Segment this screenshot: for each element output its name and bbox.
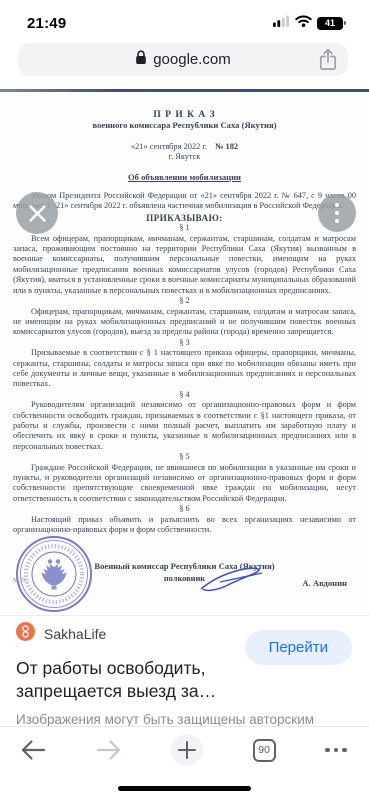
wifi-icon bbox=[295, 14, 312, 32]
back-button[interactable] bbox=[20, 738, 46, 762]
dot bbox=[335, 211, 340, 216]
section-marker: § 1 bbox=[13, 223, 356, 233]
section-marker: § 6 bbox=[13, 504, 356, 514]
doc-date: «21» сентября 2022 г. bbox=[131, 142, 207, 151]
menu-button[interactable] bbox=[325, 748, 347, 753]
dot bbox=[342, 748, 347, 753]
scanned-order-document: П Р И К А З военного комиссара Республик… bbox=[0, 102, 369, 572]
image-viewer: П Р И К А З военного комиссара Республик… bbox=[0, 88, 369, 616]
close-button[interactable] bbox=[16, 192, 58, 234]
section-marker: § 2 bbox=[13, 296, 356, 306]
dot bbox=[325, 748, 330, 753]
more-options-button[interactable] bbox=[318, 194, 356, 232]
doc-intro-paragraph: Указом Президента Российской Федерации о… bbox=[13, 191, 356, 212]
section-text: Всем офицерам, прапорщикам, мичманам, се… bbox=[13, 234, 356, 296]
dot bbox=[334, 748, 339, 753]
scan-top-edge bbox=[0, 89, 369, 92]
forward-button[interactable] bbox=[96, 738, 122, 762]
address-bar[interactable]: google.com bbox=[18, 43, 348, 76]
handwritten-signature bbox=[198, 565, 272, 593]
phone-screen: 21:49 41 bbox=[0, 0, 369, 800]
battery-nub bbox=[344, 21, 346, 26]
browser-toolbar: 90 bbox=[0, 726, 369, 800]
dot bbox=[335, 203, 340, 208]
doc-order-word: ПРИКАЗЫВАЮ: bbox=[13, 213, 356, 223]
url-text: google.com bbox=[153, 51, 231, 68]
battery-icon: 41 bbox=[317, 17, 343, 30]
source-name: SakhaLife bbox=[44, 626, 106, 642]
section-text: Офицерам, прапорщикам, мичманам, сержант… bbox=[13, 307, 356, 338]
status-bar: 21:49 41 bbox=[0, 0, 369, 38]
tab-switcher-button[interactable]: 90 bbox=[253, 739, 276, 762]
battery-percent: 41 bbox=[325, 18, 335, 28]
dot bbox=[335, 219, 340, 224]
section-marker: § 3 bbox=[13, 338, 356, 348]
doc-subject: Об объявлении мобилизации bbox=[13, 172, 356, 182]
cellular-signal-icon bbox=[273, 14, 290, 32]
signatory-position: Военный комиссар Республики Саха (Якутия… bbox=[0, 561, 369, 571]
section-text: Руководителям организаций независимо от … bbox=[13, 400, 356, 452]
doc-subtitle: военного комиссара Республики Саха (Якут… bbox=[13, 120, 356, 130]
new-tab-button[interactable] bbox=[171, 734, 203, 766]
result-title-line2: запрещается выезд за… bbox=[16, 680, 353, 703]
visit-site-button[interactable]: Перейти bbox=[245, 630, 352, 665]
section-marker: § 5 bbox=[13, 452, 356, 462]
source-logo bbox=[16, 622, 35, 646]
home-indicator[interactable] bbox=[118, 786, 251, 791]
section-text: Настоящий приказ объявить и разъяснить в… bbox=[13, 515, 356, 536]
share-button[interactable] bbox=[319, 48, 337, 71]
lock-icon bbox=[135, 50, 147, 70]
doc-number: № 182 bbox=[215, 142, 238, 151]
seal-placeholder-mark: М.П. bbox=[13, 577, 27, 584]
doc-date-line: «21» сентября 2022 г.№ 182 bbox=[13, 142, 356, 152]
section-text: Граждане Российской Федерации, не явивши… bbox=[13, 463, 356, 505]
clock: 21:49 bbox=[27, 15, 66, 32]
section-marker: § 4 bbox=[13, 390, 356, 400]
doc-title: П Р И К А З bbox=[13, 110, 356, 120]
signatory-name: А. Авдонин bbox=[302, 578, 347, 588]
section-text: Призываемые в соответствии с § 1 настоящ… bbox=[13, 348, 356, 390]
doc-city: г. Якутск bbox=[13, 152, 356, 162]
